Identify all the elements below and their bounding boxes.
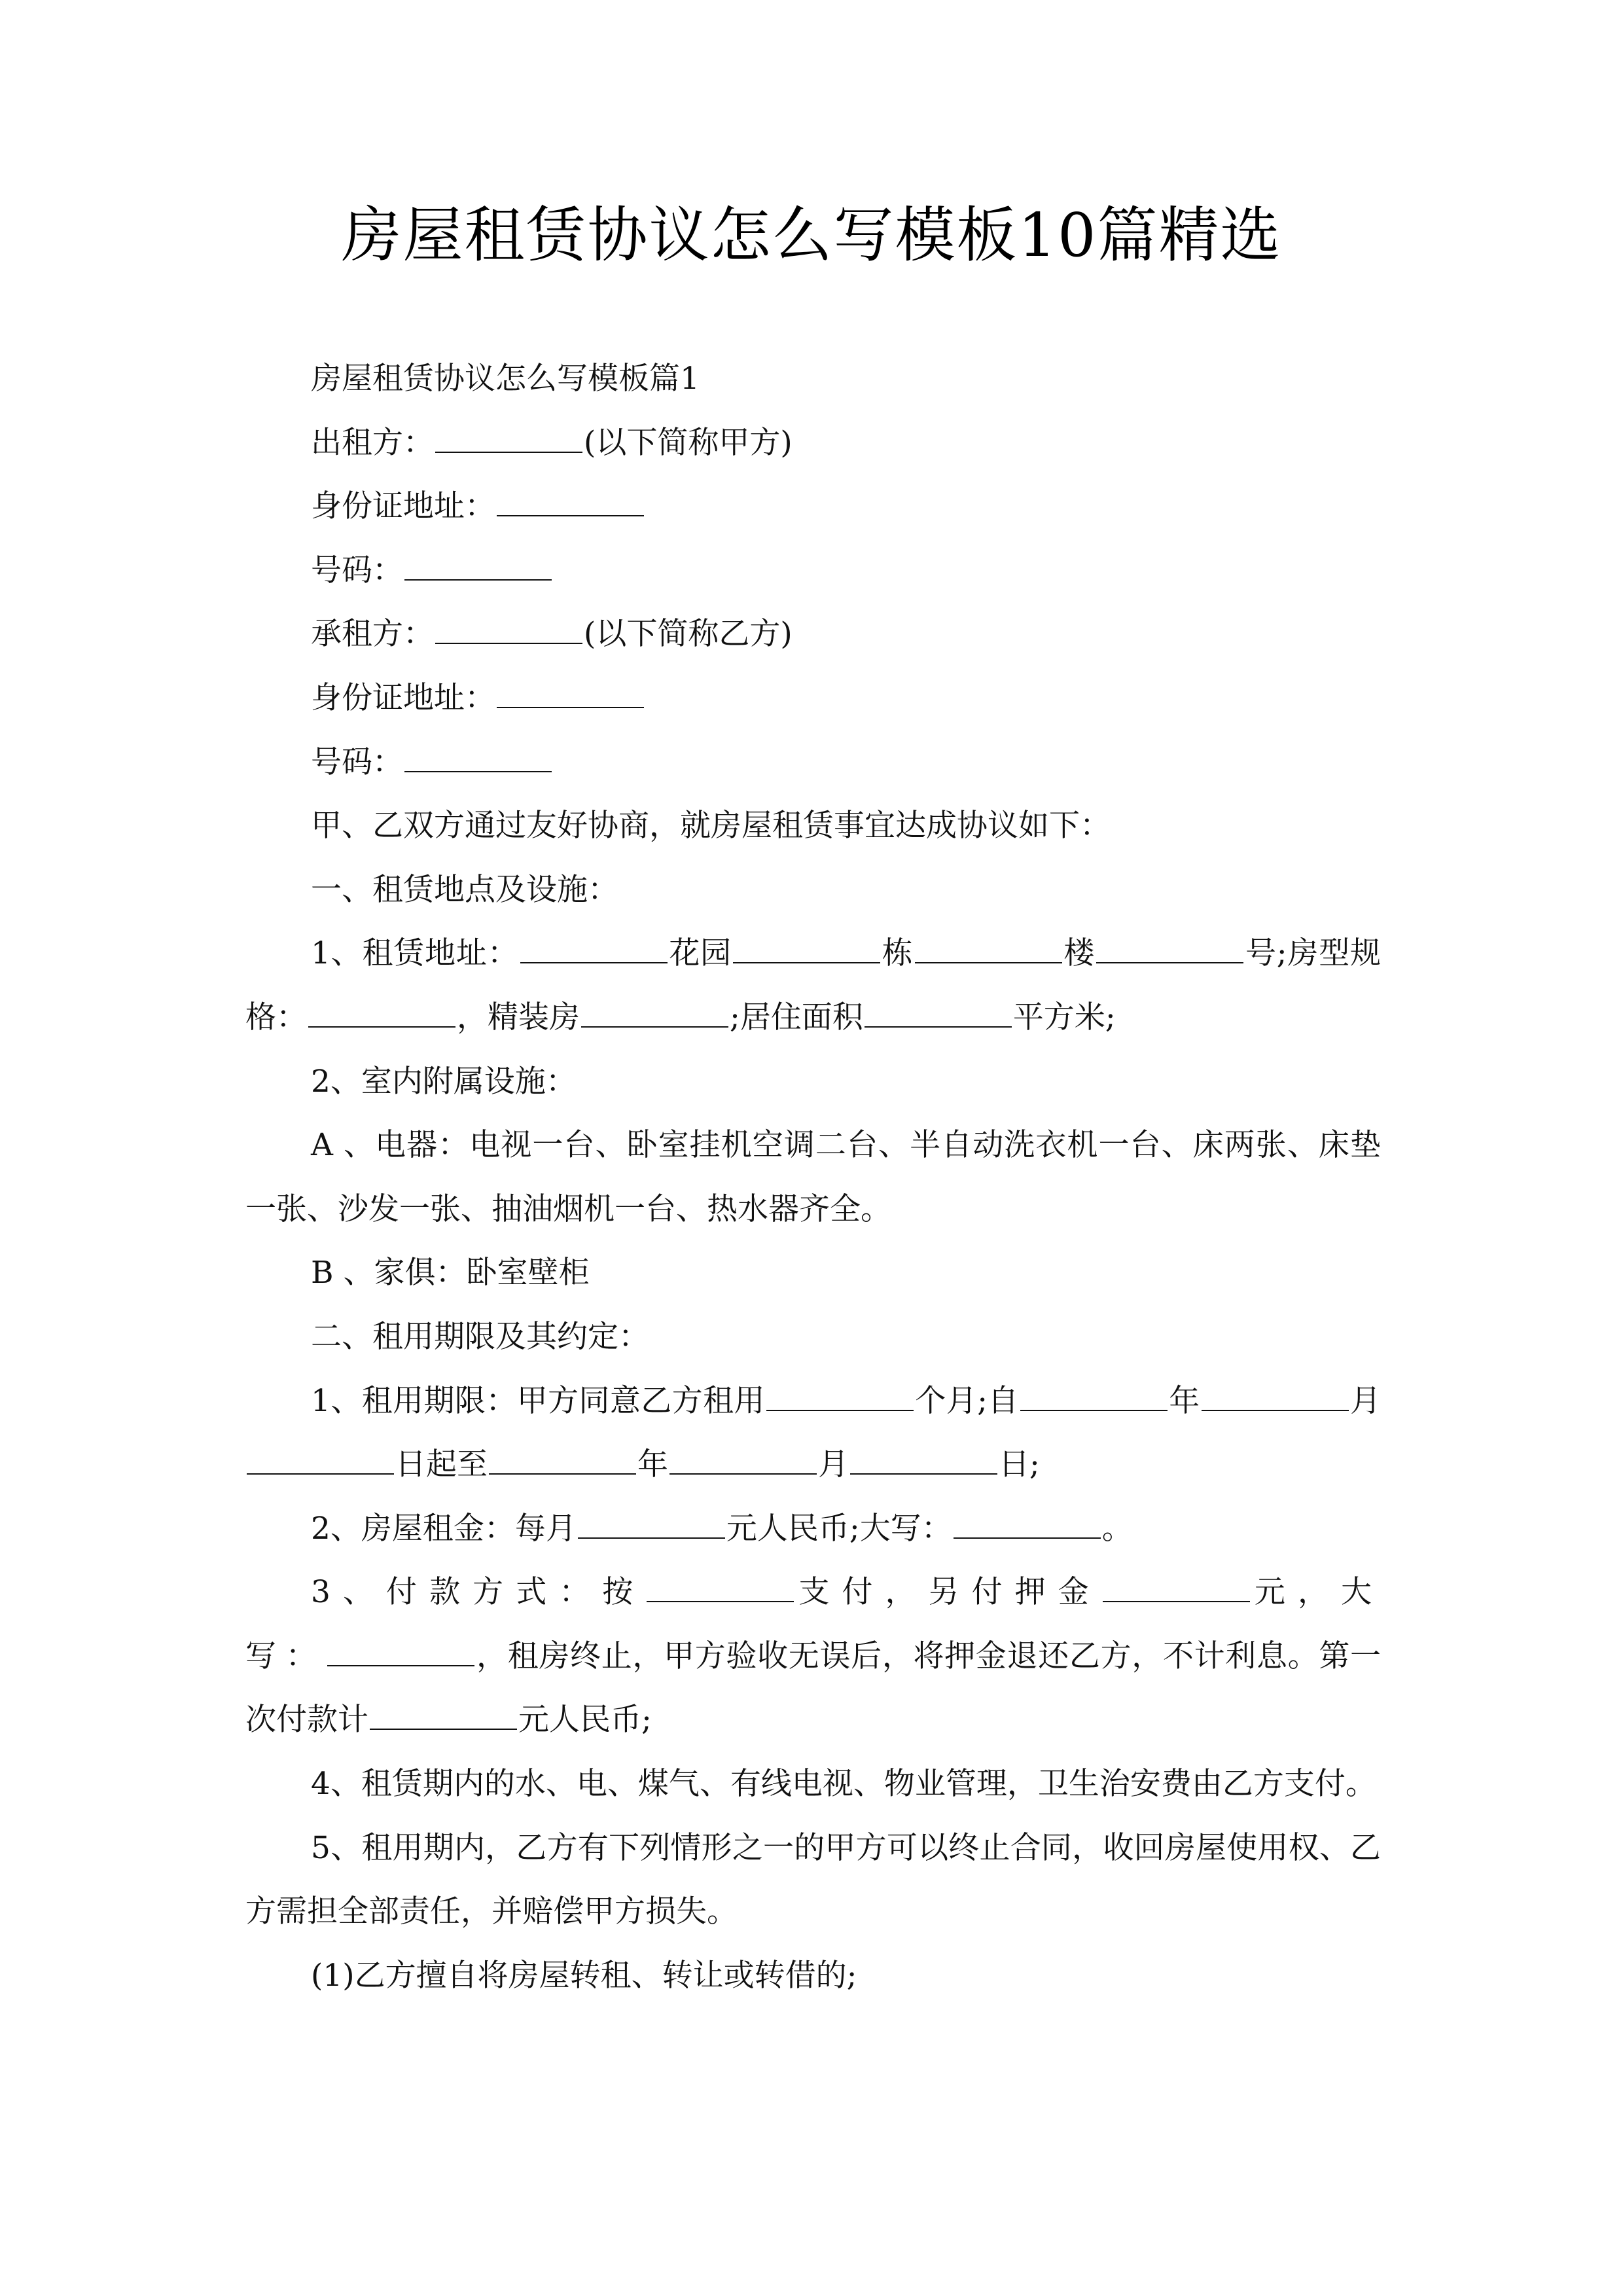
end-month-blank[interactable]: [669, 1447, 817, 1475]
id-address-label: 身份证地址：: [311, 680, 495, 716]
number-blank[interactable]: [1096, 936, 1243, 963]
lessee-blank[interactable]: [435, 617, 582, 644]
end-day-blank[interactable]: [850, 1447, 997, 1475]
floor-label: 楼: [1063, 935, 1096, 971]
rent-paragraph: 2、房屋租金：每月元人民币;大写：。: [245, 1497, 1381, 1561]
first-payment-unit: 元人民币;: [518, 1702, 652, 1738]
year-label: 年: [1169, 1383, 1200, 1419]
lease-address-paragraph: 1、租赁地址：花园栋楼号;房型规格：，精装房;居住面积平方米;: [245, 922, 1381, 1049]
building-blank[interactable]: [733, 936, 880, 963]
month-label: 月: [818, 1446, 849, 1482]
lessor-blank[interactable]: [435, 425, 582, 453]
id-address-label: 身份证地址：: [311, 488, 495, 524]
payment-method-blank[interactable]: [647, 1575, 794, 1602]
lessee-id-number-blank[interactable]: [404, 745, 552, 772]
day-label: 日;: [999, 1446, 1040, 1482]
lessor-suffix: (以下简称甲方): [584, 425, 793, 461]
start-year-blank[interactable]: [1020, 1384, 1168, 1411]
lease-address-label: 1、租赁地址：: [311, 935, 519, 971]
period: 。: [1102, 1511, 1133, 1547]
utilities-paragraph: 4、租赁期内的水、电、煤气、有线电视、物业管理，卫生治安费由乙方支付。: [245, 1752, 1381, 1816]
area-blank[interactable]: [865, 1000, 1012, 1028]
start-month-blank[interactable]: [1202, 1384, 1349, 1411]
decor-label: ，精装房: [457, 999, 580, 1035]
document-title: 房屋租赁协议怎么写模板10篇精选: [0, 196, 1623, 275]
lessee-id-address-blank[interactable]: [497, 681, 644, 708]
lessor-id-number-blank[interactable]: [404, 553, 552, 581]
payment-paragraph: 3、付款方式：按支付，另付押金元，大写：，租房终止，甲方验收无误后，将押金退还乙…: [245, 1560, 1381, 1752]
spec-blank[interactable]: [308, 1000, 455, 1028]
building-label: 栋: [882, 935, 914, 971]
months-label: 个月;自: [915, 1383, 1019, 1419]
id-number-label: 号码：: [311, 552, 403, 588]
document-body: 房屋租赁协议怎么写模板篇1 出租方：(以下简称甲方) 身份证地址： 号码： 承租…: [245, 347, 1381, 2007]
deposit-label: 支付，另付押金: [795, 1574, 1101, 1610]
end-year-blank[interactable]: [489, 1447, 636, 1475]
part1-heading: 一、租赁地点及设施：: [245, 858, 1381, 922]
lessee-id-number-line: 号码：: [245, 730, 1381, 795]
lessee-suffix: (以下简称乙方): [584, 616, 793, 652]
rent-amount-blank[interactable]: [578, 1511, 725, 1539]
lessee-id-address-line: 身份证地址：: [245, 666, 1381, 730]
decor-blank[interactable]: [581, 1000, 728, 1028]
section-heading: 房屋租赁协议怎么写模板篇1: [245, 347, 1381, 411]
lessor-id-number-line: 号码：: [245, 539, 1381, 603]
first-payment-blank[interactable]: [370, 1702, 517, 1730]
lessor-line: 出租方：(以下简称甲方): [245, 411, 1381, 475]
area-label: ;居住面积: [730, 999, 863, 1035]
termination-paragraph: 5、租用期内，乙方有下列情形之一的甲方可以终止合同，收回房屋使用权、乙方需担全部…: [245, 1816, 1381, 1944]
termination-item-1: (1)乙方擅自将房屋转租、转让或转借的;: [245, 1944, 1381, 2008]
floor-blank[interactable]: [915, 936, 1062, 963]
rent-label: 2、房屋租金：每月: [311, 1511, 577, 1547]
day-to-label: 日起至: [395, 1446, 488, 1482]
deposit-blank[interactable]: [1103, 1575, 1250, 1602]
year-label: 年: [637, 1446, 668, 1482]
appliances-paragraph: A 、电器：电视一台、卧室挂机空调二台、半自动洗衣机一台、床两张、床垫一张、沙发…: [245, 1113, 1381, 1241]
start-day-blank[interactable]: [247, 1447, 394, 1475]
part2-heading: 二、租用期限及其约定：: [245, 1305, 1381, 1369]
lessee-label: 承租方：: [311, 616, 434, 652]
id-number-label: 号码：: [311, 744, 403, 780]
lease-term-paragraph: 1、租用期限：甲方同意乙方租用个月;自年月日起至年月日;: [245, 1369, 1381, 1497]
deposit-capital-blank[interactable]: [327, 1639, 474, 1666]
rent-capital-blank[interactable]: [954, 1511, 1101, 1539]
garden-label: 花园: [669, 935, 732, 971]
rent-capital-label: 元人民币;大写：: [726, 1511, 952, 1547]
intro-paragraph: 甲、乙双方通过友好协商，就房屋租赁事宜达成协议如下：: [245, 794, 1381, 858]
garden-blank[interactable]: [520, 936, 668, 963]
facilities-heading: 2、室内附属设施：: [245, 1050, 1381, 1114]
lessor-label: 出租方：: [311, 425, 434, 461]
term-label: 1、租用期限：甲方同意乙方租用: [311, 1383, 765, 1419]
month-label: 月: [1350, 1383, 1381, 1419]
lessor-id-address-line: 身份证地址：: [245, 475, 1381, 539]
furniture-paragraph: B 、家俱：卧室壁柜: [245, 1241, 1381, 1305]
area-unit: 平方米;: [1013, 999, 1116, 1035]
months-blank[interactable]: [766, 1384, 914, 1411]
lessee-line: 承租方：(以下简称乙方): [245, 602, 1381, 666]
lessor-id-address-blank[interactable]: [497, 489, 644, 516]
payment-label: 3、付款方式：按: [311, 1574, 645, 1610]
